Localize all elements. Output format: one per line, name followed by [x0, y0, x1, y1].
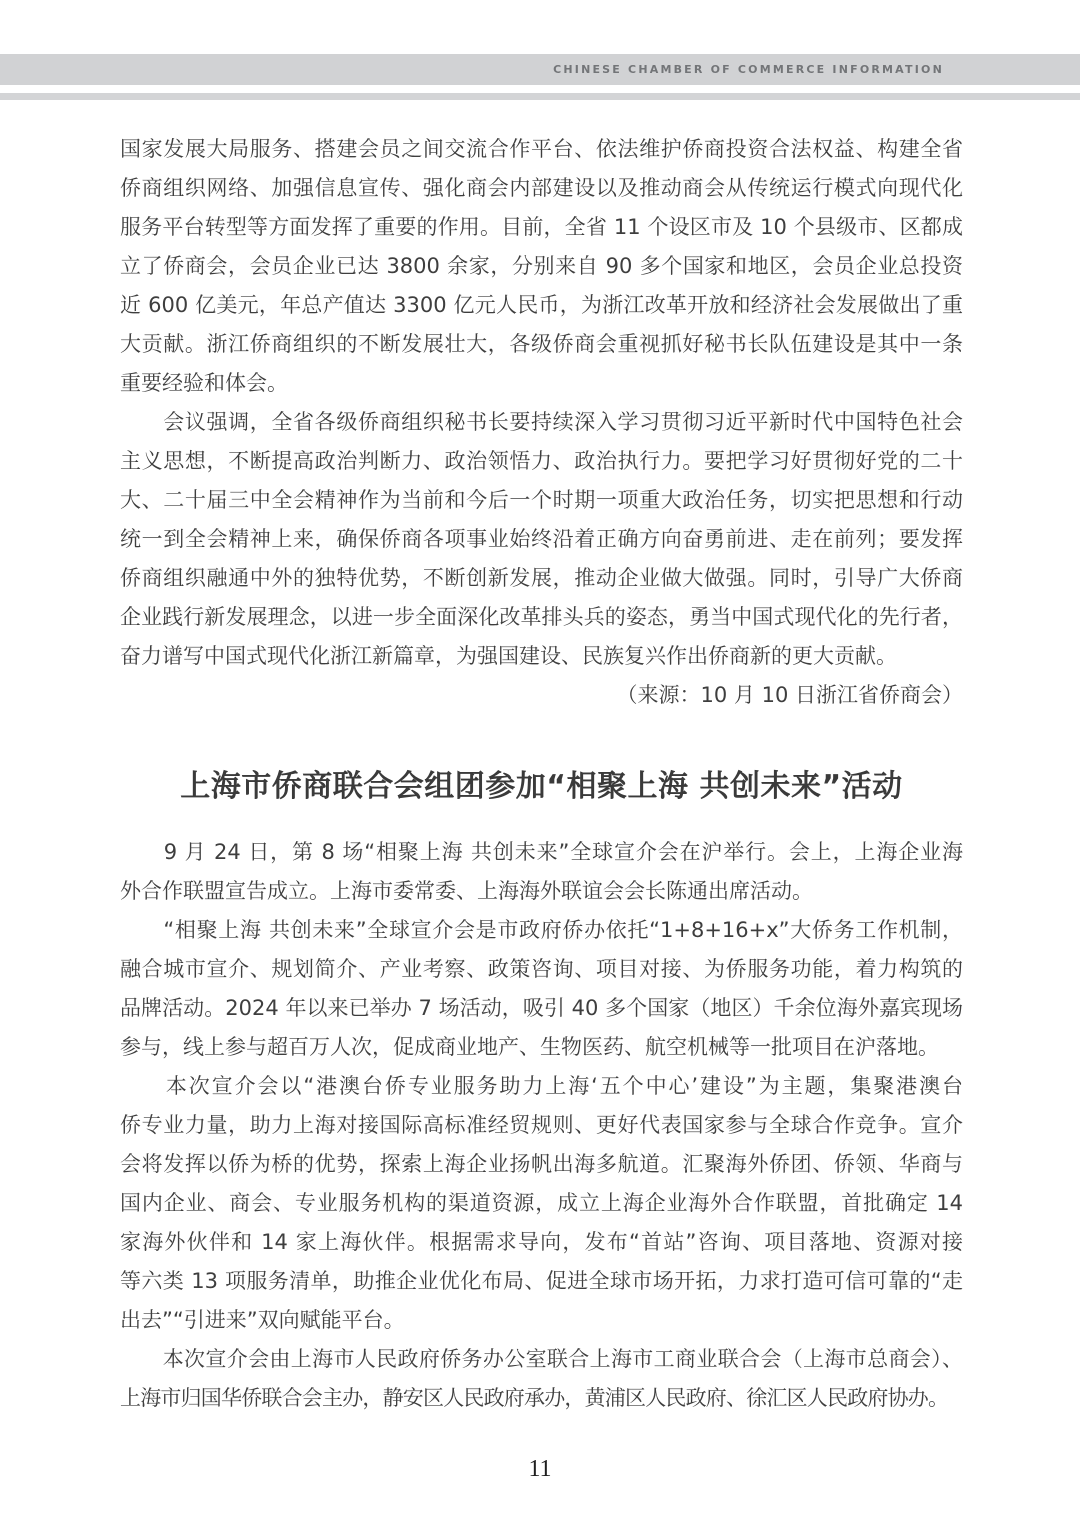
text-line: 侨商组织网络、加强信息宣传、强化商会内部建设以及推动商会从传统运行模式向现代化	[120, 169, 963, 208]
text-line: 主义思想，不断提高政治判断力、政治领悟力、政治执行力。要把学习好贯彻好党的二十	[120, 442, 963, 481]
paragraph: 本次宣介会由上海市人民政府侨务办公室联合上海市工商业联合会（上海市总商会）、上海…	[120, 1340, 963, 1418]
text-line: 会议强调，全省各级侨商组织秘书长要持续深入学习贯彻习近平新时代中国特色社会	[120, 403, 963, 442]
article-1: 国家发展大局服务、搭建会员之间交流合作平台、依法维护侨商投资合法权益、构建全省侨…	[120, 130, 963, 715]
paragraph: 国家发展大局服务、搭建会员之间交流合作平台、依法维护侨商投资合法权益、构建全省侨…	[120, 130, 963, 403]
text-line: 融合城市宣介、规划简介、产业考察、政策咨询、项目对接、为侨服务功能，着力构筑的	[120, 950, 963, 989]
page-number: 11	[0, 1456, 1080, 1483]
article-2: 上海市侨商联合会组团参加“相聚上海 共创未来”活动 9 月 24 日，第 8 场…	[120, 764, 963, 1418]
document-page: CHINESE CHAMBER OF COMMERCE INFORMATION …	[0, 0, 1080, 1525]
text-line: 本次宣介会以“港澳台侨专业服务助力上海‘五个中心’建设”为主题，集聚港澳台	[120, 1067, 963, 1106]
text-line: 大、二十届三中全会精神作为当前和今后一个时期一项重大政治任务，切实把思想和行动	[120, 481, 963, 520]
source-line: （来源：10 月 10 日浙江省侨商会）	[120, 676, 963, 715]
page-content: 国家发展大局服务、搭建会员之间交流合作平台、依法维护侨商投资合法权益、构建全省侨…	[120, 130, 963, 1418]
text-line: 企业践行新发展理念，以进一步全面深化改革排头兵的姿态，勇当中国式现代化的先行者，	[120, 598, 963, 637]
text-line: 侨专业力量，助力上海对接国际高标准经贸规则、更好代表国家参与全球合作竞争。宣介	[120, 1106, 963, 1145]
text-line: 会将发挥以侨为桥的优势，探索上海企业扬帆出海多航道。汇聚海外侨团、侨领、华商与	[120, 1145, 963, 1184]
text-line: 品牌活动。2024 年以来已举办 7 场活动，吸引 40 多个国家（地区）千余位…	[120, 989, 963, 1028]
text-line: 出去”“引进来”双向赋能平台。	[120, 1301, 963, 1340]
paragraph: “相聚上海 共创未来”全球宣介会是市政府侨办依托“1+8+16+x”大侨务工作机…	[120, 911, 963, 1067]
text-line: 9 月 24 日，第 8 场“相聚上海 共创未来”全球宣介会在沪举行。会上，上海…	[120, 833, 963, 872]
paragraph: 本次宣介会以“港澳台侨专业服务助力上海‘五个中心’建设”为主题，集聚港澳台侨专业…	[120, 1067, 963, 1340]
text-line: 外合作联盟宣告成立。上海市委常委、上海海外联谊会会长陈通出席活动。	[120, 872, 963, 911]
paragraph: 会议强调，全省各级侨商组织秘书长要持续深入学习贯彻习近平新时代中国特色社会主义思…	[120, 403, 963, 676]
text-line: 国内企业、商会、专业服务机构的渠道资源，成立上海企业海外合作联盟，首批确定 14	[120, 1184, 963, 1223]
text-line: 上海市归国华侨联合会主办，静安区人民政府承办，黄浦区人民政府、徐汇区人民政府协办…	[120, 1379, 963, 1418]
text-line: 家海外伙伴和 14 家上海伙伴。根据需求导向，发布“首站”咨询、项目落地、资源对…	[120, 1223, 963, 1262]
text-line: 参与，线上参与超百万人次，促成商业地产、生物医药、航空机械等一批项目在沪落地。	[120, 1028, 963, 1067]
text-line: 国家发展大局服务、搭建会员之间交流合作平台、依法维护侨商投资合法权益、构建全省	[120, 130, 963, 169]
text-line: 等六类 13 项服务清单，助推企业优化布局、促进全球市场开拓，力求打造可信可靠的…	[120, 1262, 963, 1301]
text-line: 服务平台转型等方面发挥了重要的作用。目前，全省 11 个设区市及 10 个县级市…	[120, 208, 963, 247]
text-line: 立了侨商会，会员企业已达 3800 余家，分别来自 90 多个国家和地区，会员企…	[120, 247, 963, 286]
text-line: “相聚上海 共创未来”全球宣介会是市政府侨办依托“1+8+16+x”大侨务工作机…	[120, 911, 963, 950]
article-1-body: 国家发展大局服务、搭建会员之间交流合作平台、依法维护侨商投资合法权益、构建全省侨…	[120, 130, 963, 676]
article-2-body: 9 月 24 日，第 8 场“相聚上海 共创未来”全球宣介会在沪举行。会上，上海…	[120, 833, 963, 1418]
text-line: 统一到全会精神上来，确保侨商各项事业始终沿着正确方向奋勇前进、走在前列；要发挥	[120, 520, 963, 559]
article-2-title: 上海市侨商联合会组团参加“相聚上海 共创未来”活动	[120, 764, 963, 810]
header-band: CHINESE CHAMBER OF COMMERCE INFORMATION	[0, 54, 1080, 85]
text-line: 大贡献。浙江侨商组织的不断发展壮大，各级侨商会重视抓好秘书长队伍建设是其中一条	[120, 325, 963, 364]
header-band-thin	[0, 93, 1080, 100]
paragraph: 9 月 24 日，第 8 场“相聚上海 共创未来”全球宣介会在沪举行。会上，上海…	[120, 833, 963, 911]
text-line: 侨商组织融通中外的独特优势，不断创新发展，推动企业做大做强。同时，引导广大侨商	[120, 559, 963, 598]
text-line: 重要经验和体会。	[120, 364, 963, 403]
text-line: 近 600 亿美元，年总产值达 3300 亿元人民币，为浙江改革开放和经济社会发…	[120, 286, 963, 325]
text-line: 本次宣介会由上海市人民政府侨务办公室联合上海市工商业联合会（上海市总商会）、	[120, 1340, 963, 1379]
text-line: 奋力谱写中国式现代化浙江新篇章，为强国建设、民族复兴作出侨商新的更大贡献。	[120, 637, 963, 676]
header-banner-text: CHINESE CHAMBER OF COMMERCE INFORMATION	[553, 54, 944, 85]
